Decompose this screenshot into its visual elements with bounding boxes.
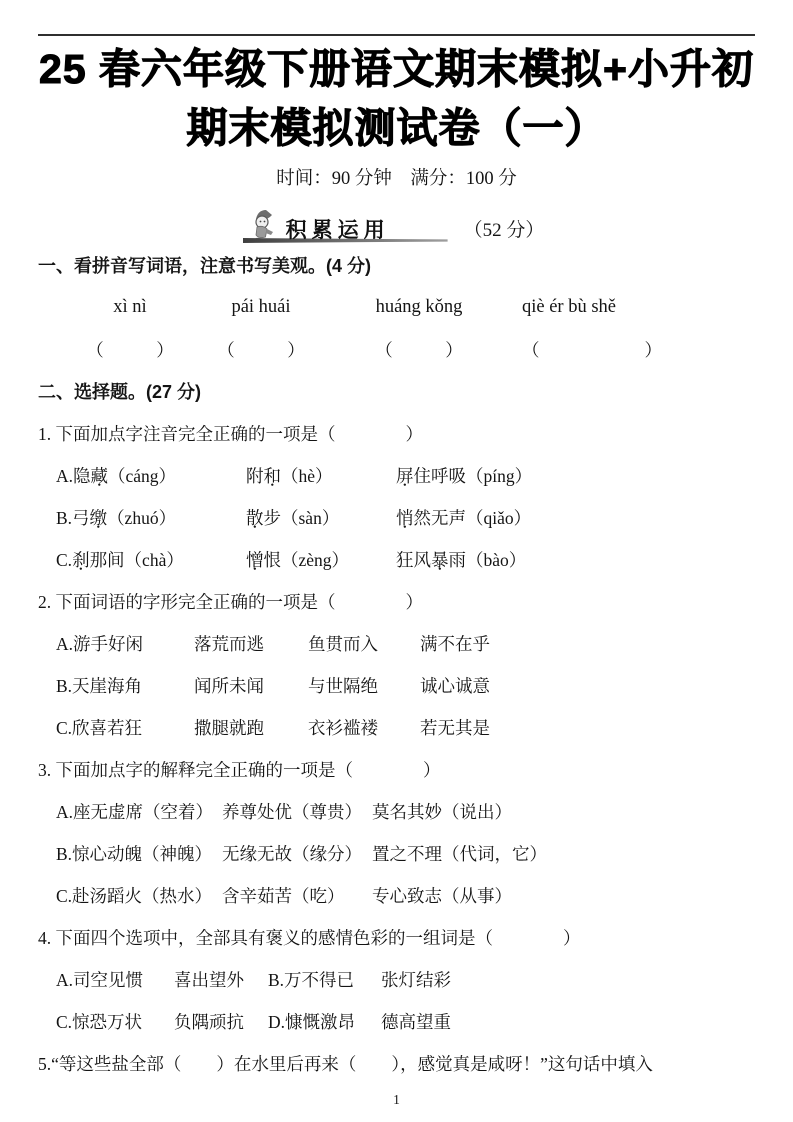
option-cell: 落荒而逃 bbox=[194, 631, 308, 656]
pinyin-cell: qiè ér bù shě bbox=[522, 297, 616, 318]
banner-score: （52 分） bbox=[464, 218, 545, 244]
banner-label: 积累运用 bbox=[286, 218, 390, 244]
question5-stem: 5.“等这些盐全部（ ）在水里后再来（ ），感觉真是咸呀！”这句话中填入 bbox=[38, 1042, 755, 1084]
answer-blank: （ ） bbox=[344, 337, 494, 362]
option-cell: B.万不得已 bbox=[268, 967, 381, 992]
section1-heading: 一、看拼音写词语，注意书写美观。(4 分) bbox=[38, 244, 755, 286]
answer-blanks-row: （ ）（ ）（ ）（ ） bbox=[82, 328, 755, 370]
option-cell: 散步（sàn） bbox=[246, 505, 396, 530]
option-row: A.隐藏（cáng）附和（hè）屏住呼吸（píng） bbox=[38, 454, 755, 496]
page-number: 1 bbox=[38, 1092, 755, 1108]
option-cell: 含辛茹苦（吃） bbox=[222, 883, 372, 908]
top-rule bbox=[38, 34, 755, 36]
option-row: C.刹那间（chà）憎恨（zèng）狂风暴雨（bào） bbox=[38, 538, 755, 580]
option-cell: A.司空见惯 bbox=[56, 967, 174, 992]
question4-stem: 4. 下面四个选项中，全部具有褒义的感情色彩的一组词是（ ） bbox=[38, 916, 755, 958]
option-cell: B.惊心动魄（神魄） bbox=[56, 841, 222, 866]
option-cell: D.慷慨激昂 bbox=[268, 1009, 381, 1034]
option-cell: 负隅顽抗 bbox=[174, 1009, 268, 1034]
option-cell: 鱼贯而入 bbox=[308, 631, 420, 656]
question1-stem: 1. 下面加点字注音完全正确的一项是（ ） bbox=[38, 412, 755, 454]
paper-title-line1: 25 春六年级下册语文期末模拟+小升初 bbox=[38, 40, 755, 99]
question2-stem: 2. 下面词语的字形完全正确的一项是（ ） bbox=[38, 580, 755, 622]
answer-blank: （ ） bbox=[522, 337, 662, 362]
banner-left: 积累运用 bbox=[249, 208, 448, 244]
option-row: B.弓缴（zhuó）散步（sàn）悄然无声（qiǎo） bbox=[38, 496, 755, 538]
question1-options: A.隐藏（cáng）附和（hè）屏住呼吸（píng） B.弓缴（zhuó）散步（… bbox=[38, 454, 755, 580]
option-cell: C.刹那间（chà） bbox=[56, 547, 246, 572]
option-cell: 置之不理（代词，它） bbox=[372, 841, 547, 866]
option-cell: B.天崖海角 bbox=[56, 673, 194, 698]
option-cell: 若无其是 bbox=[420, 715, 490, 740]
option-cell: 养尊处优（尊贵） bbox=[222, 799, 372, 824]
option-cell: 喜出望外 bbox=[174, 967, 268, 992]
question2-options: A.游手好闲落荒而逃鱼贯而入满不在乎 B.天崖海角闻所未闻与世隔绝诚心诚意 C.… bbox=[38, 622, 755, 748]
option-cell: B.弓缴（zhuó） bbox=[56, 505, 246, 530]
option-cell: 闻所未闻 bbox=[194, 673, 308, 698]
option-cell: 专心致志（从事） bbox=[372, 883, 512, 908]
option-cell: 狂风暴雨（bào） bbox=[396, 547, 526, 572]
question4-options: A.司空见惯喜出望外B.万不得已张灯结彩 C.惊恐万状负隅顽抗D.慷慨激昂德高望… bbox=[38, 958, 755, 1042]
section-banner: 积累运用 （52 分） bbox=[38, 200, 755, 244]
paper-title: 25 春六年级下册语文期末模拟+小升初 期末模拟测试卷（一） bbox=[38, 40, 755, 158]
option-cell: A.隐藏（cáng） bbox=[56, 463, 246, 488]
option-row: A.司空见惯喜出望外B.万不得已张灯结彩 bbox=[38, 958, 755, 1000]
section2-heading: 二、选择题。(27 分) bbox=[38, 370, 755, 412]
option-row: A.座无虚席（空着）养尊处优（尊贵）莫名其妙（说出） bbox=[38, 790, 755, 832]
option-row: B.天崖海角闻所未闻与世隔绝诚心诚意 bbox=[38, 664, 755, 706]
answer-blank: （ ） bbox=[206, 337, 316, 362]
option-cell: C.赴汤蹈火（热水） bbox=[56, 883, 222, 908]
question3-stem: 3. 下面加点字的解释完全正确的一项是（ ） bbox=[38, 748, 755, 790]
option-cell: 满不在乎 bbox=[420, 631, 490, 656]
option-cell: 莫名其妙（说出） bbox=[372, 799, 512, 824]
pinyin-cell: pái huái bbox=[206, 297, 316, 318]
pinyin-cell: xì nì bbox=[82, 297, 178, 318]
option-cell: A.座无虚席（空着） bbox=[56, 799, 222, 824]
option-row: C.惊恐万状负隅顽抗D.慷慨激昂德高望重 bbox=[38, 1000, 755, 1042]
option-cell: 与世隔绝 bbox=[308, 673, 420, 698]
option-cell: 无缘无故（缘分） bbox=[222, 841, 372, 866]
option-cell: 附和（hè） bbox=[246, 463, 396, 488]
option-row: C.赴汤蹈火（热水）含辛茹苦（吃）专心致志（从事） bbox=[38, 874, 755, 916]
paper-title-line2: 期末模拟测试卷（一） bbox=[38, 99, 755, 158]
option-cell: 撒腿就跑 bbox=[194, 715, 308, 740]
question3-options: A.座无虚席（空着）养尊处优（尊贵）莫名其妙（说出） B.惊心动魄（神魄）无缘无… bbox=[38, 790, 755, 916]
time-score-meta: 时间：90 分钟 满分：100 分 bbox=[38, 164, 755, 194]
answer-blank: （ ） bbox=[82, 337, 178, 362]
option-cell: 屏住呼吸（píng） bbox=[396, 463, 532, 488]
option-cell: C.惊恐万状 bbox=[56, 1009, 174, 1034]
option-cell: 张灯结彩 bbox=[381, 967, 451, 992]
option-cell: 悄然无声（qiǎo） bbox=[396, 505, 531, 530]
option-cell: 憎恨（zèng） bbox=[246, 547, 396, 572]
option-cell: 德高望重 bbox=[381, 1009, 451, 1034]
pinyin-row: xì nìpái huáihuáng kǒngqiè ér bù shě bbox=[82, 286, 755, 328]
option-row: C.欣喜若狂撒腿就跑衣衫褴褛若无其是 bbox=[38, 706, 755, 748]
option-cell: 诚心诚意 bbox=[420, 673, 490, 698]
option-cell: 衣衫褴褛 bbox=[308, 715, 420, 740]
option-row: B.惊心动魄（神魄）无缘无故（缘分）置之不理（代词，它） bbox=[38, 832, 755, 874]
option-cell: C.欣喜若狂 bbox=[56, 715, 194, 740]
exam-paper-page: 25 春六年级下册语文期末模拟+小升初 期末模拟测试卷（一） 时间：90 分钟 … bbox=[0, 34, 793, 1108]
option-row: A.游手好闲落荒而逃鱼贯而入满不在乎 bbox=[38, 622, 755, 664]
option-cell: A.游手好闲 bbox=[56, 631, 194, 656]
pinyin-cell: huáng kǒng bbox=[344, 297, 494, 318]
